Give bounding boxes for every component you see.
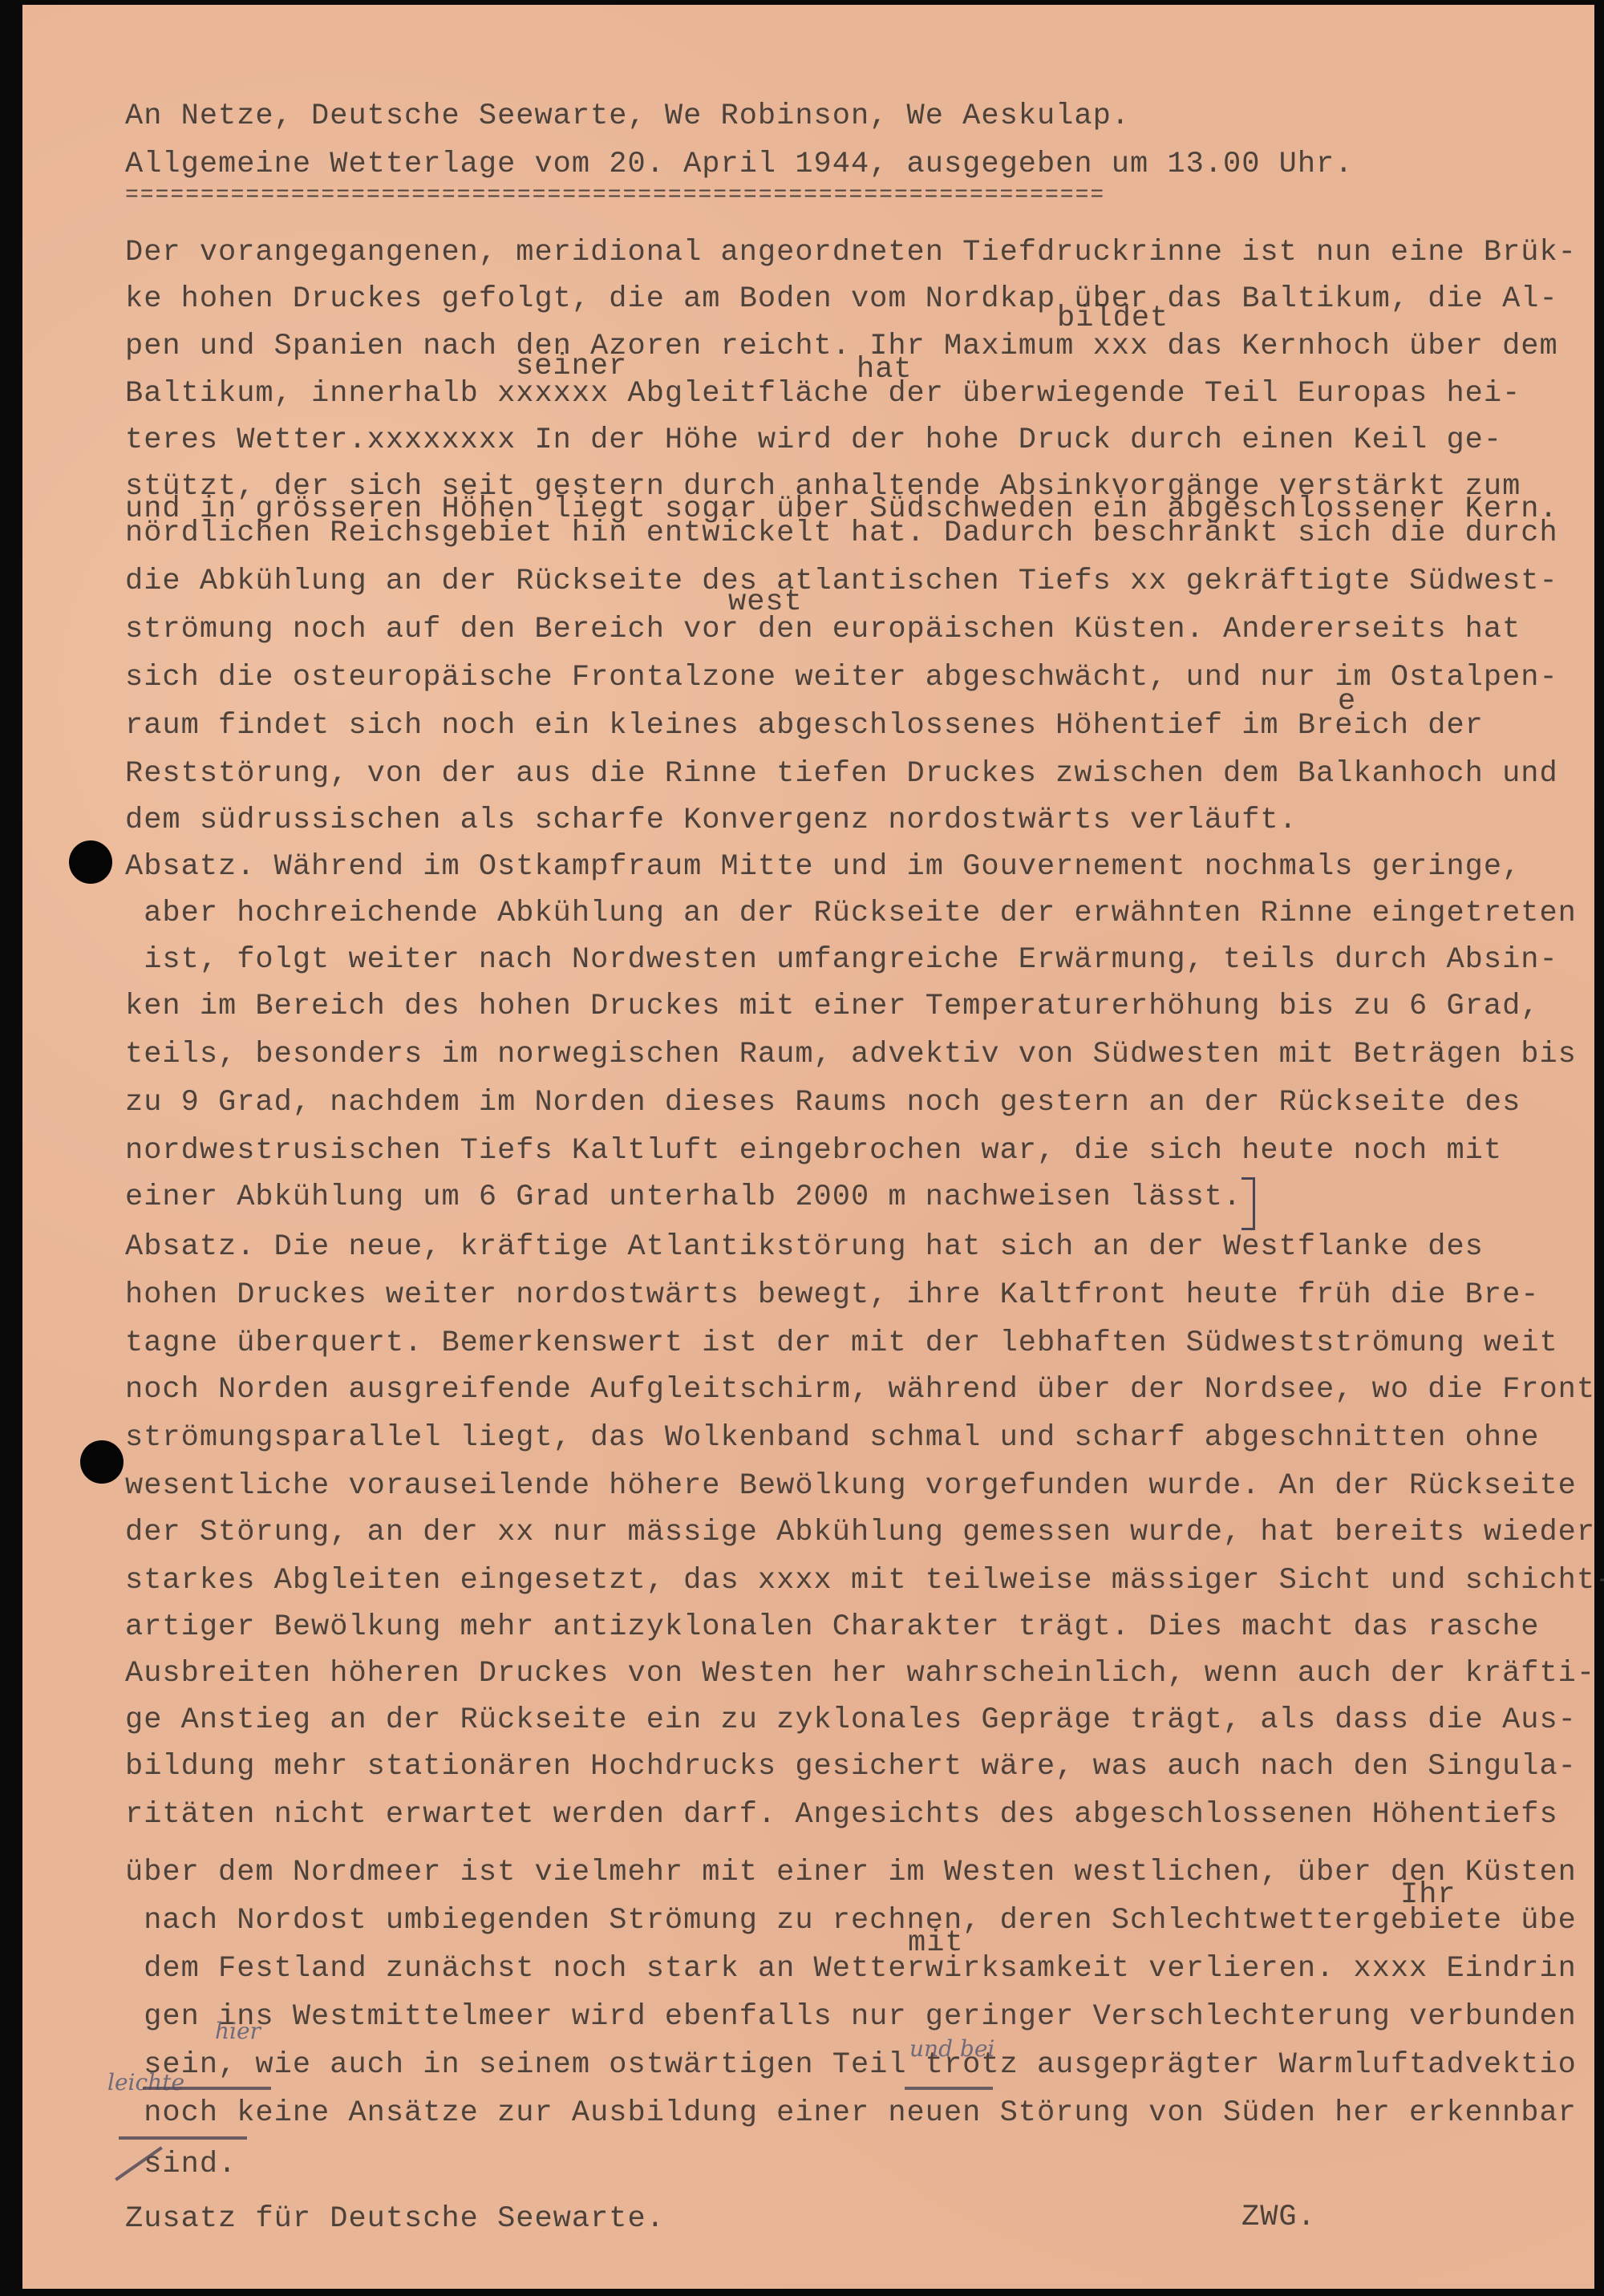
body-line-28: wesentliche vorauseilende höhere Bewölku…	[125, 1469, 1577, 1503]
body-line-26: noch Norden ausgreifende Aufgleitschirm,…	[125, 1373, 1595, 1407]
body-line-2: ke hohen Druckes gefolgt, die am Boden v…	[125, 282, 1558, 316]
body-line-24: hohen Druckes weiter nordostwärts bewegt…	[125, 1278, 1539, 1312]
typed-text-block: An Netze, Deutsche Seewarte, We Robinson…	[96, 5, 1604, 1723]
body-line-25: tagne überquert. Bemerkenswert ist der m…	[125, 1326, 1558, 1360]
body-line-21: nordwestrusischen Tiefs Kaltluft eingebr…	[125, 1134, 1502, 1168]
body-line-4: Baltikum, innerhalb xxxxxx Abgleitfläche…	[125, 377, 1521, 411]
strikethrough-wie-auch	[143, 2087, 271, 2090]
body-line-12: raum findet sich noch ein kleines abgesc…	[125, 709, 1484, 743]
body-line-14: dem südrussischen als scharfe Konvergenz…	[125, 804, 1298, 837]
body-line-18: ken im Bereich des hohen Druckes mit ein…	[125, 990, 1539, 1023]
body-line-22: einer Abkühlung um 6 Grad unterhalb 2000…	[125, 1180, 1241, 1214]
body-line-37: nach Nordost umbiegenden Strömung zu rec…	[125, 1904, 1577, 1938]
insertion-seiner: seiner	[516, 350, 627, 383]
body-line-23: Absatz. Die neue, kräftige Atlantikstöru…	[125, 1230, 1484, 1264]
body-line-30: starkes Abgleiten eingesetzt, das xxxx m…	[125, 1564, 1604, 1597]
body-line-1: Der vorangegangenen, meridional angeordn…	[125, 236, 1577, 269]
body-line-19: teils, besonders im norwegischen Raum, a…	[125, 1038, 1577, 1071]
body-line-3: pen und Spanien nach den Azoren reicht. …	[125, 330, 1558, 363]
body-line-20: zu 9 Grad, nachdem im Norden dieses Raum…	[125, 1086, 1521, 1120]
insertion-west: west	[728, 585, 803, 619]
addressee-line: An Netze, Deutsche Seewarte, We Robinson…	[125, 99, 1130, 133]
body-line-27: strömungsparallel liegt, das Wolkenband …	[125, 1421, 1539, 1455]
body-line-17: ist, folgt weiter nach Nordwesten umfang…	[125, 943, 1558, 977]
body-line-31: artiger Bewölkung mehr antizyklonalen Ch…	[125, 1610, 1539, 1644]
body-line-40: sein, wie auch in seinem ostwärtigen Tei…	[125, 2048, 1577, 2082]
insertion-ihr: Ihr	[1400, 1878, 1456, 1912]
body-line-39: gen ins Westmittelmeer wird ebenfalls nu…	[125, 2000, 1577, 2034]
body-line-9: die Abkühlung an der Rückseite des atlan…	[125, 565, 1558, 598]
body-line-29: der Störung, an der xx nur mässige Abküh…	[125, 1516, 1595, 1549]
insertion-bildet: bildet	[1057, 302, 1169, 335]
footer-right: ZWG.	[1241, 2201, 1316, 2234]
body-line-36: über dem Nordmeer ist vielmehr mit einer…	[125, 1856, 1577, 1889]
handwritten-note-und-bei: und bei	[909, 2035, 994, 2062]
body-line-38: dem Festland zunächst noch stark an Wett…	[125, 1952, 1577, 1986]
body-line-32: Ausbreiten höheren Druckes von Westen he…	[125, 1657, 1595, 1691]
edit-bracket	[1241, 1177, 1255, 1230]
separator-line: ========================================…	[125, 183, 1105, 208]
body-line-42: sind.	[125, 2148, 237, 2181]
body-line-41: noch keine Ansätze zur Ausbildung einer …	[125, 2096, 1577, 2130]
body-line-35: ritäten nicht erwartet werden darf. Ange…	[125, 1798, 1558, 1832]
handwritten-note-hier: hier	[215, 2018, 261, 2044]
insertion-mit: mit	[908, 1926, 964, 1960]
body-line-15: Absatz. Während im Ostkampfraum Mitte un…	[125, 850, 1521, 884]
body-line-10: strömung noch auf den Bereich vor den eu…	[125, 613, 1521, 646]
strikethrough-noch-keine	[119, 2136, 247, 2140]
body-line-5: teres Wetter.xxxxxxxx In der Höhe wird d…	[125, 423, 1502, 457]
insertion-hat: hat	[857, 353, 913, 387]
body-line-13: Reststörung, von der aus die Rinne tiefe…	[125, 757, 1558, 791]
insertion-e: e	[1338, 685, 1356, 719]
title-line: Allgemeine Wetterlage vom 20. April 1944…	[125, 148, 1353, 181]
handwritten-note-leichte: leichte	[107, 2069, 184, 2096]
footer-left: Zusatz für Deutsche Seewarte.	[125, 2202, 665, 2236]
body-line-16: aber hochreichende Abkühlung an der Rück…	[125, 897, 1577, 930]
body-line-8: nördlichen Reichsgebiet hin entwickelt h…	[125, 516, 1558, 550]
body-line-33: ge Anstieg an der Rückseite ein zu zyklo…	[125, 1703, 1577, 1737]
body-line-34: bildung mehr stationären Hochdrucks gesi…	[125, 1750, 1577, 1784]
strikethrough-trotz	[905, 2087, 993, 2090]
document-page: An Netze, Deutsche Seewarte, We Robinson…	[22, 5, 1594, 2289]
